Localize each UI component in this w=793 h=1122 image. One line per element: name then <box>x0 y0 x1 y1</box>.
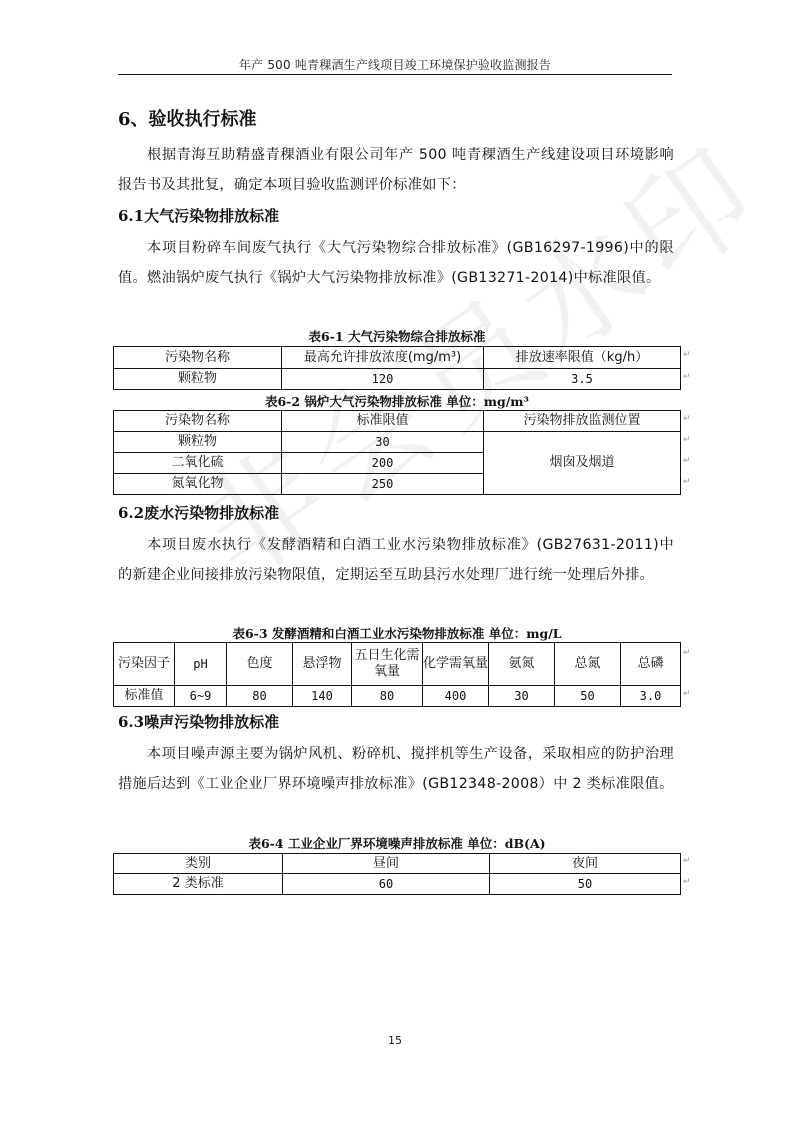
table-caption-6-3: 表6-3 发酵酒精和白酒工业水污染物排放标准 单位：mg/L <box>113 624 681 642</box>
table-header-cell: 总磷 <box>621 643 681 686</box>
table-cell: 140 <box>293 686 352 707</box>
table-header-cell: 化学需氧量 <box>423 643 489 686</box>
subsection-para-noise: 本项目噪声源主要为锅炉风机、粉碎机、搅拌机等生产设备，采取相应的防护治理措施后达… <box>118 739 674 799</box>
table-cell: 400 <box>423 686 489 707</box>
paragraph-mark-icon: ↵ <box>683 414 691 424</box>
running-header: 年产 500 吨青稞酒生产线项目竣工环境保护验收监测报告 <box>118 56 672 73</box>
table-cell: 50 <box>490 874 681 895</box>
table-header-row: 污染物名称 标准限值 污染物排放监测位置 <box>114 411 681 432</box>
table-cell: 6~9 <box>175 686 227 707</box>
table-header-cell: 排放速率限值（kg/h） <box>484 347 681 369</box>
table-header-cell: 标准限值 <box>282 411 484 432</box>
table-cell: 80 <box>352 686 423 707</box>
paragraph-mark-icon: ↵ <box>683 856 691 866</box>
subsection-title-noise: 6.3噪声污染物排放标准 <box>118 711 279 732</box>
table-header-cell: 昼间 <box>283 854 490 874</box>
table-6-2: 污染物名称 标准限值 污染物排放监测位置 颗粒物 30 烟囱及烟道 二氧化硫 2… <box>113 410 681 495</box>
table-cell: 颗粒物 <box>114 432 282 453</box>
paragraph-mark-icon: ↵ <box>683 435 691 445</box>
table-row: 标准值 6~9 80 140 80 400 30 50 3.0 <box>114 686 681 707</box>
table-cell: 250 <box>282 474 484 495</box>
table-cell: 二氧化硫 <box>114 453 282 474</box>
table-header-cell: 污染因子 <box>114 643 175 686</box>
table-cell: 氮氧化物 <box>114 474 282 495</box>
table-header-cell: 氨氮 <box>489 643 555 686</box>
table-cell: 30 <box>282 432 484 453</box>
table-cell: 标准值 <box>114 686 175 707</box>
table-header-cell: pH <box>175 643 227 686</box>
section-title: 6、验收执行标准 <box>118 105 257 131</box>
subsection-title-air: 6.1大气污染物排放标准 <box>118 205 279 226</box>
table-cell: 颗粒物 <box>114 369 282 390</box>
table-header-cell: 色度 <box>227 643 293 686</box>
paragraph-mark-icon: ↵ <box>683 477 691 487</box>
table-header-cell: 总氮 <box>555 643 621 686</box>
table-cell: 80 <box>227 686 293 707</box>
section-intro: 根据青海互助精盛青稞酒业有限公司年产 500 吨青稞酒生产线建设项目环境影响报告… <box>118 140 674 200</box>
paragraph-mark-icon: ↵ <box>683 456 691 466</box>
header-rule <box>118 74 672 75</box>
subsection-para-water: 本项目废水执行《发酵酒精和白酒工业水污染物排放标准》(GB27631-2011)… <box>118 530 674 590</box>
table-header-cell: 污染物名称 <box>114 347 282 369</box>
table-cell: 3.5 <box>484 369 681 390</box>
table-cell: 2 类标准 <box>114 874 283 895</box>
table-row: 颗粒物 120 3.5 <box>114 369 681 390</box>
page-number: 15 <box>380 1034 410 1047</box>
table-cell: 200 <box>282 453 484 474</box>
paragraph-mark-icon: ↵ <box>683 648 691 658</box>
table-cell: 120 <box>282 369 484 390</box>
table-row: 2 类标准 60 50 <box>114 874 681 895</box>
table-cell: 3.0 <box>621 686 681 707</box>
table-header-cell: 悬浮物 <box>293 643 352 686</box>
table-header-cell: 污染物名称 <box>114 411 282 432</box>
table-header-cell: 五日生化需氧量 <box>352 643 423 686</box>
table-header-row: 污染因子 pH 色度 悬浮物 五日生化需氧量 化学需氧量 氨氮 总氮 总磷 <box>114 643 681 686</box>
table-header-cell: 污染物排放监测位置 <box>484 411 681 432</box>
subsection-title-water: 6.2废水污染物排放标准 <box>118 502 279 523</box>
table-6-4: 类别 昼间 夜间 2 类标准 60 50 <box>113 853 681 895</box>
table-caption-6-4: 表6-4 工业企业厂界环境噪声排放标准 单位：dB(A) <box>113 834 681 852</box>
table-header-cell: 最高允许排放浓度(mg/m³) <box>282 347 484 369</box>
paragraph-mark-icon: ↵ <box>683 689 691 699</box>
table-6-3: 污染因子 pH 色度 悬浮物 五日生化需氧量 化学需氧量 氨氮 总氮 总磷 标准… <box>113 642 681 707</box>
table-caption-6-1: 表6-1 大气污染物综合排放标准 <box>113 327 681 345</box>
subsection-para-air: 本项目粉碎车间废气执行《大气污染物综合排放标准》(GB16297-1996)中的… <box>118 233 674 293</box>
monitoring-location-cell: 烟囱及烟道 <box>484 432 681 495</box>
table-row: 颗粒物 30 烟囱及烟道 <box>114 432 681 453</box>
table-cell: 50 <box>555 686 621 707</box>
paragraph-mark-icon: ↵ <box>683 372 691 382</box>
table-header-cell: 夜间 <box>490 854 681 874</box>
table-caption-6-2: 表6-2 锅炉大气污染物排放标准 单位：mg/m³ <box>113 392 681 410</box>
table-header-row: 类别 昼间 夜间 <box>114 854 681 874</box>
table-header-cell: 类别 <box>114 854 283 874</box>
table-cell: 60 <box>283 874 490 895</box>
table-6-1: 污染物名称 最高允许排放浓度(mg/m³) 排放速率限值（kg/h） 颗粒物 1… <box>113 346 681 390</box>
table-cell: 30 <box>489 686 555 707</box>
table-header-row: 污染物名称 最高允许排放浓度(mg/m³) 排放速率限值（kg/h） <box>114 347 681 369</box>
paragraph-mark-icon: ↵ <box>683 350 691 360</box>
paragraph-mark-icon: ↵ <box>683 877 691 887</box>
